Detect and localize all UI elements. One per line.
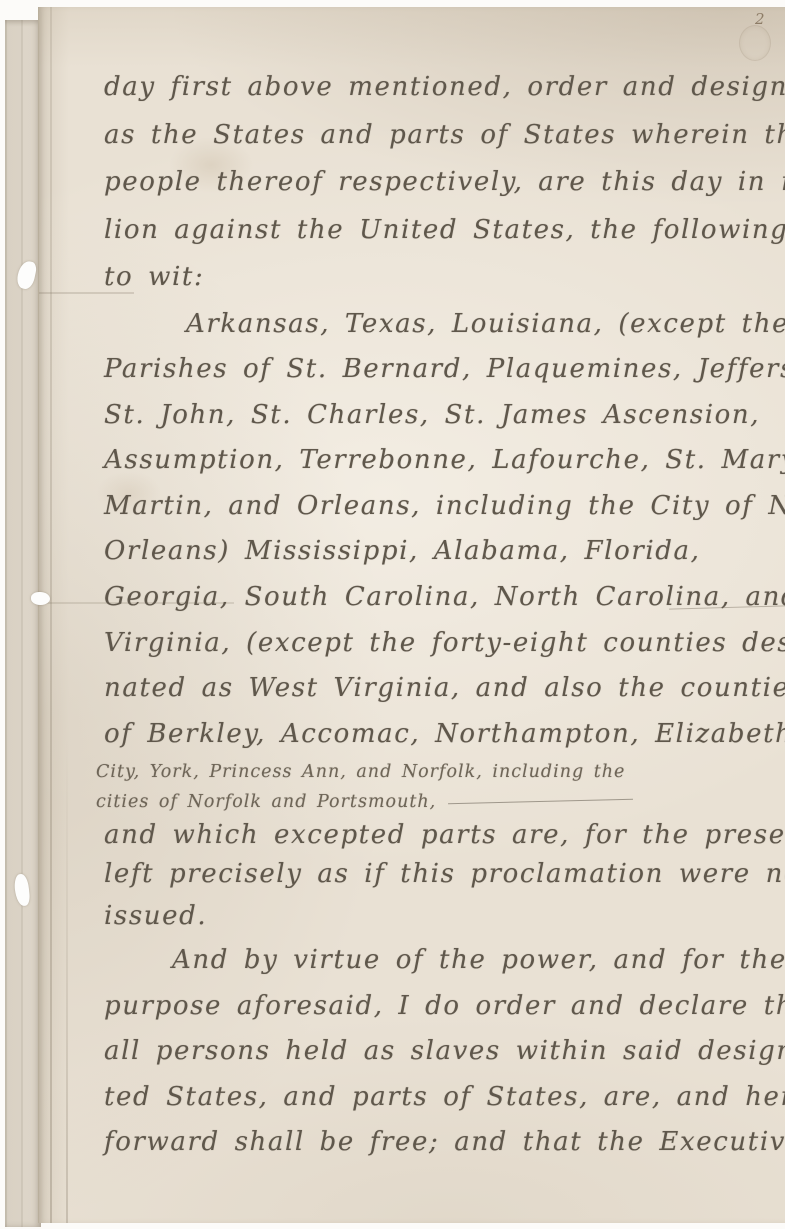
line-text: Virginia, (except the forty-eight counti…	[104, 628, 785, 658]
manuscript-line: forward shall be free; and that the Exec…	[104, 1120, 785, 1166]
manuscript-line: Georgia, South Carolina, North Carolina,…	[104, 575, 785, 621]
manuscript-line: Assumption, Terrebonne, Lafourche, St. M…	[104, 438, 785, 484]
line-text: lion against the United States, the foll…	[104, 215, 785, 245]
line-text: and which excepted parts are, for the pr…	[104, 820, 785, 850]
manuscript-line: Orleans) Mississippi, Alabama, Florida,	[104, 529, 785, 575]
line-text: all persons held as slaves within said d…	[104, 1036, 785, 1066]
page-number: 2	[755, 10, 765, 28]
manuscript-line: Virginia, (except the forty-eight counti…	[104, 621, 785, 667]
line-text: St. John, St. Charles, St. James Ascensi…	[104, 400, 760, 430]
manuscript-line: Arkansas, Texas, Louisiana, (except the	[104, 302, 785, 348]
manuscript-page: 2 day first above mentioned, order and d…	[38, 7, 785, 1223]
manuscript-line: left precisely as if this proclamation w…	[104, 853, 785, 895]
manuscript-line: And by virtue of the power, and for the	[104, 938, 785, 984]
manuscript-line: Martin, and Orleans, including the City …	[104, 484, 785, 530]
line-text: people thereof respectively, are this da…	[104, 167, 785, 197]
line-text: as the States and parts of States wherei…	[104, 120, 785, 150]
manuscript-line: St. John, St. Charles, St. James Ascensi…	[104, 393, 785, 439]
line-text: left precisely as if this proclamation w…	[104, 859, 785, 889]
paper-tear	[31, 592, 50, 605]
line-text: Parishes of St. Bernard, Plaquemines, Je…	[104, 354, 785, 384]
vertical-crease	[50, 7, 52, 1223]
line-text: of Berkley, Accomac, Northampton, Elizab…	[104, 719, 785, 749]
embossed-seal	[739, 25, 771, 61]
line-text: forward shall be free; and that the Exec…	[104, 1127, 785, 1157]
manuscript-line: all persons held as slaves within said d…	[104, 1029, 785, 1075]
document-scan: 2 day first above mentioned, order and d…	[0, 0, 785, 1229]
line-text: Orleans) Mississippi, Alabama, Florida,	[104, 536, 701, 566]
manuscript-line-inserted: City, York, Princess Ann, and Norfolk, i…	[96, 757, 785, 787]
line-text: ted States, and parts of States, are, an…	[104, 1082, 785, 1112]
insertion-rule	[448, 799, 633, 805]
manuscript-line: purpose aforesaid, I do order and declar…	[104, 984, 785, 1030]
manuscript-line: as the States and parts of States wherei…	[104, 112, 785, 160]
line-text: Assumption, Terrebonne, Lafourche, St. M…	[104, 445, 785, 475]
manuscript-line: day first above mentioned, order and des…	[104, 64, 785, 112]
line-text: to wit:	[104, 262, 204, 292]
manuscript-line: people thereof respectively, are this da…	[104, 159, 785, 207]
manuscript-line: ted States, and parts of States, are, an…	[104, 1075, 785, 1121]
vertical-crease	[66, 737, 68, 1223]
manuscript-text: day first above mentioned, order and des…	[104, 64, 785, 1166]
manuscript-line: Parishes of St. Bernard, Plaquemines, Je…	[104, 347, 785, 393]
manuscript-line: of Berkley, Accomac, Northampton, Elizab…	[104, 712, 785, 758]
manuscript-line: nated as West Virginia, and also the cou…	[104, 666, 785, 712]
line-text: cities of Norfolk and Portsmouth,	[96, 792, 436, 812]
manuscript-line: lion against the United States, the foll…	[104, 207, 785, 255]
line-text: nated as West Virginia, and also the cou…	[104, 673, 785, 703]
manuscript-line: and which excepted parts are, for the pr…	[104, 817, 785, 853]
line-text: Arkansas, Texas, Louisiana, (except the	[186, 309, 785, 339]
page-stack-edge	[5, 20, 41, 1227]
line-text: day first above mentioned, order and des…	[104, 72, 785, 102]
manuscript-line-inserted: cities of Norfolk and Portsmouth,	[96, 787, 785, 817]
manuscript-line: issued.	[104, 895, 785, 938]
manuscript-line: to wit:	[104, 254, 785, 302]
line-text: Martin, and Orleans, including the City …	[104, 491, 785, 521]
line-text: And by virtue of the power, and for the	[172, 945, 785, 975]
line-text: Georgia, South Carolina, North Carolina,…	[104, 582, 785, 612]
line-text: purpose aforesaid, I do order and declar…	[104, 991, 785, 1021]
line-text: issued.	[104, 901, 207, 931]
line-text: City, York, Princess Ann, and Norfolk, i…	[96, 762, 625, 782]
